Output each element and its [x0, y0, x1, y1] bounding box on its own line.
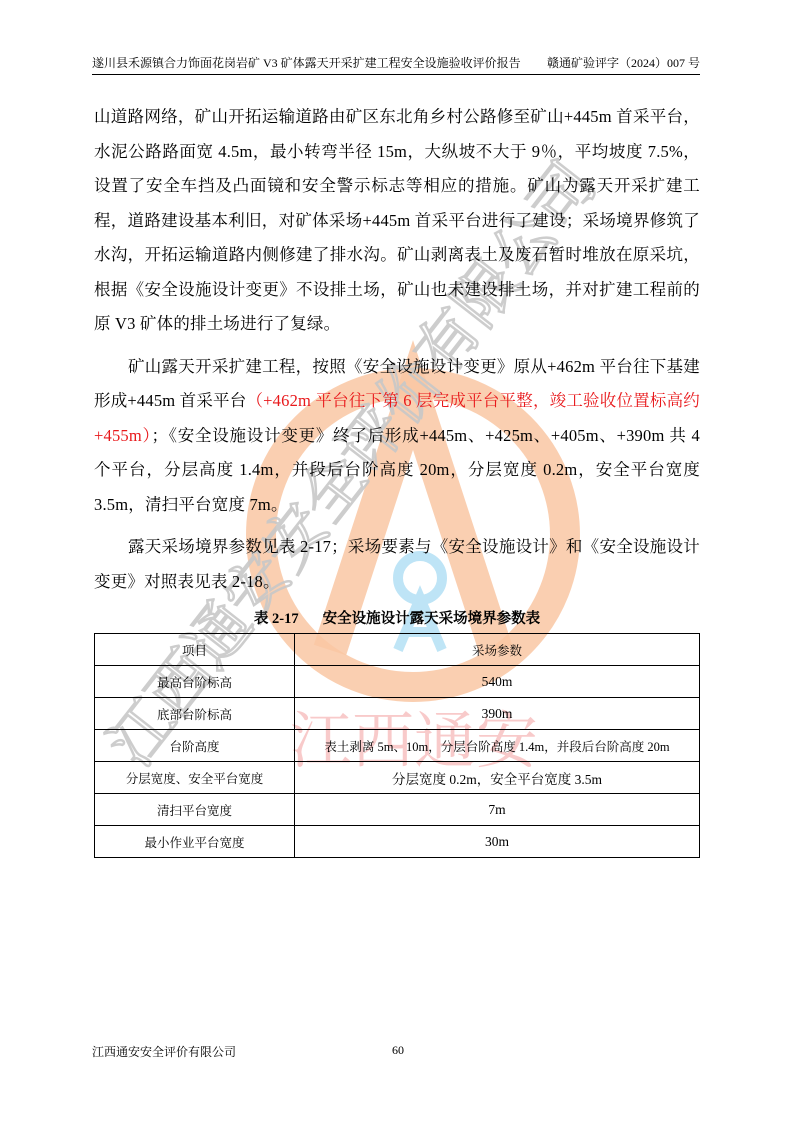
table-row: 最小作业平台宽度 30m: [95, 826, 700, 858]
cell-item: 底部台阶标高: [95, 698, 295, 730]
table-number: 表 2-17: [254, 611, 299, 627]
report-number: 赣通矿验评字（2024）007 号: [547, 55, 700, 71]
table-row: 底部台阶标高 390m: [95, 698, 700, 730]
paragraph-text: ；《安全设施设计变更》终了后形成+445m、+425m、+405m、+390m …: [94, 426, 700, 514]
report-title: 遂川县禾源镇合力饰面花岗岩矿 V3 矿体露天开采扩建工程安全设施验收评价报告: [92, 55, 521, 71]
cell-item: 清扫平台宽度: [95, 794, 295, 826]
page-number: 60: [392, 1043, 404, 1058]
cell-item: 分层宽度、安全平台宽度: [95, 762, 295, 794]
cell-value: 30m: [295, 826, 700, 858]
table-row: 台阶高度 表土剥离 5m、10m，分层台阶高度 1.4m，并段后台阶高度 20m: [95, 730, 700, 762]
table-header-row: 项目 采场参数: [95, 634, 700, 666]
paragraph-road-and-dump: 山道路网络，矿山开拓运输道路由矿区东北角乡村公路修至矿山+445m 首采平台，水…: [94, 100, 700, 342]
page-header: 遂川县禾源镇合力饰面花岗岩矿 V3 矿体露天开采扩建工程安全设施验收评价报告 赣…: [92, 55, 700, 75]
table-row: 分层宽度、安全平台宽度 分层宽度 0.2m，安全平台宽度 3.5m: [95, 762, 700, 794]
header-parameters: 采场参数: [295, 634, 700, 666]
cell-value: 7m: [295, 794, 700, 826]
paragraph-platform-design: 矿山露天开采扩建工程，按照《安全设施设计变更》原从+462m 平台往下基建形成+…: [94, 350, 700, 523]
paragraph-table-reference: 露天采场境界参数见表 2-17；采场要素与《安全设施设计》和《安全设施设计变更》…: [94, 530, 700, 599]
cell-value: 390m: [295, 698, 700, 730]
cell-item: 台阶高度: [95, 730, 295, 762]
header-item: 项目: [95, 634, 295, 666]
cell-value: 540m: [295, 666, 700, 698]
table-row: 最高台阶标高 540m: [95, 666, 700, 698]
cell-value: 分层宽度 0.2m，安全平台宽度 3.5m: [295, 762, 700, 794]
cell-value: 表土剥离 5m、10m，分层台阶高度 1.4m，并段后台阶高度 20m: [295, 730, 700, 762]
pit-boundary-parameters-table: 项目 采场参数 最高台阶标高 540m 底部台阶标高 390m 台阶高度 表土剥…: [94, 633, 700, 858]
table-caption: 表 2-17安全设施设计露天采场境界参数表: [94, 607, 700, 628]
cell-item: 最小作业平台宽度: [95, 826, 295, 858]
table-title: 安全设施设计露天采场境界参数表: [323, 611, 541, 627]
page-footer: 江西通安安全评价有限公司 60: [92, 1043, 700, 1060]
footer-company: 江西通安安全评价有限公司: [92, 1045, 236, 1059]
document-body: 山道路网络，矿山开拓运输道路由矿区东北角乡村公路修至矿山+445m 首采平台，水…: [94, 100, 700, 858]
table-row: 清扫平台宽度 7m: [95, 794, 700, 826]
cell-item: 最高台阶标高: [95, 666, 295, 698]
